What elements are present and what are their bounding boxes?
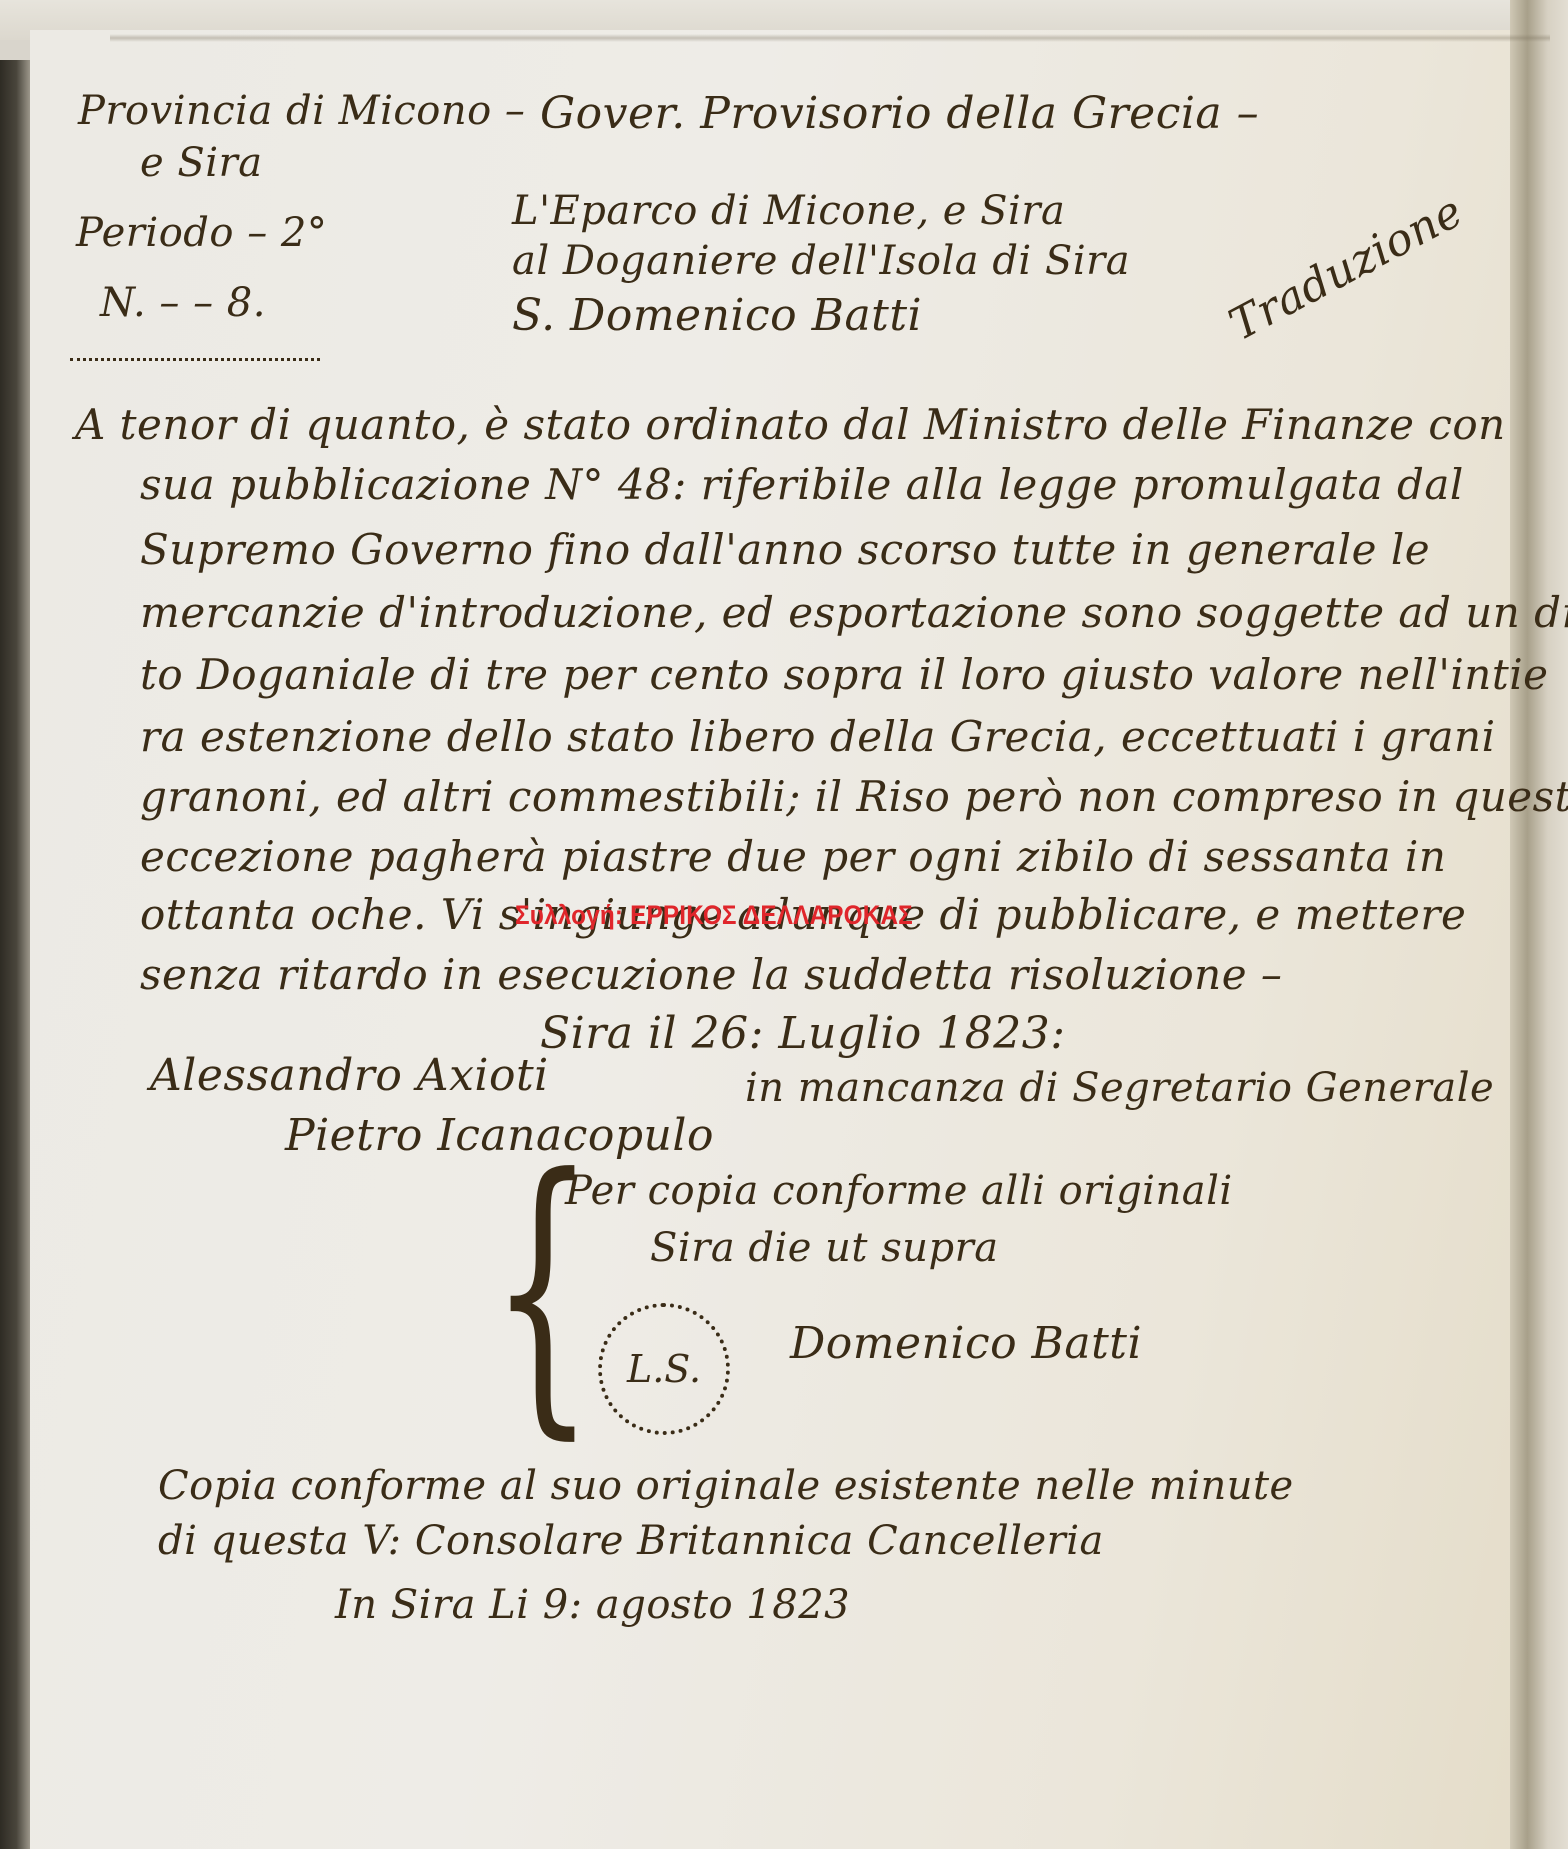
date-line: Sira il 26: Luglio 1823:	[540, 1008, 1066, 1059]
page-right-fold	[1510, 0, 1568, 1849]
secretary-note: in mancanza di Segretario Generale	[745, 1065, 1494, 1111]
header-province-line2: e Sira	[140, 140, 263, 186]
certification-line2: Sira die ut supra	[650, 1225, 999, 1271]
footer-line3: In Sira Li 9: agosto 1823	[335, 1582, 850, 1628]
header-government-title: Gover. Provisorio della Grecia –	[540, 88, 1259, 139]
header-divider	[70, 358, 320, 361]
page-left-edge-shadow	[0, 60, 30, 1849]
body-line-7: granoni, ed altri commestibili; il Riso …	[140, 772, 1568, 821]
seal-ls-stamp: L.S.	[598, 1303, 730, 1435]
body-line-6: ra estenzione dello stato libero della G…	[140, 712, 1496, 761]
body-line-8: eccezione pagherà piastre due per ogni z…	[140, 832, 1446, 881]
header-from: L'Eparco di Micone, e Sira	[512, 188, 1065, 234]
body-line-10: senza ritardo in esecuzione la suddetta …	[140, 950, 1282, 999]
header-addressee: S. Domenico Batti	[512, 290, 922, 341]
body-line-2: sua pubblicazione N° 48: riferibile alla…	[140, 460, 1464, 509]
page-top-crease	[110, 34, 1550, 42]
body-line-3: Supremo Governo fino dall'anno scorso tu…	[140, 525, 1430, 574]
seal-label: L.S.	[627, 1347, 701, 1391]
header-province-line1: Provincia di Micono –	[78, 88, 525, 134]
body-line-1: A tenor di quanto, è stato ordinato dal …	[75, 400, 1506, 449]
footer-line1: Copia conforme al suo originale esistent…	[158, 1463, 1294, 1509]
body-line-4: mercanzie d'introduzione, ed esportazion…	[140, 588, 1568, 637]
header-to: al Doganiere dell'Isola di Sira	[512, 238, 1130, 284]
header-period: Periodo – 2°	[76, 210, 327, 256]
footer-line2: di questa V: Consolare Britannica Cancel…	[158, 1518, 1104, 1564]
header-number: N. – – 8.	[100, 280, 266, 326]
collection-watermark: Συλλογή: ΕΡΡΙΚΟΣ ΔΕΛΛΑΡΟΚΑΣ	[515, 900, 913, 931]
certification-line1: Per copia conforme alli originali	[565, 1168, 1233, 1214]
body-line-5: to Doganiale di tre per cento sopra il l…	[140, 650, 1549, 699]
signature-axioti: Alessandro Axioti	[150, 1050, 549, 1101]
certification-signatory: Domenico Batti	[790, 1318, 1142, 1369]
